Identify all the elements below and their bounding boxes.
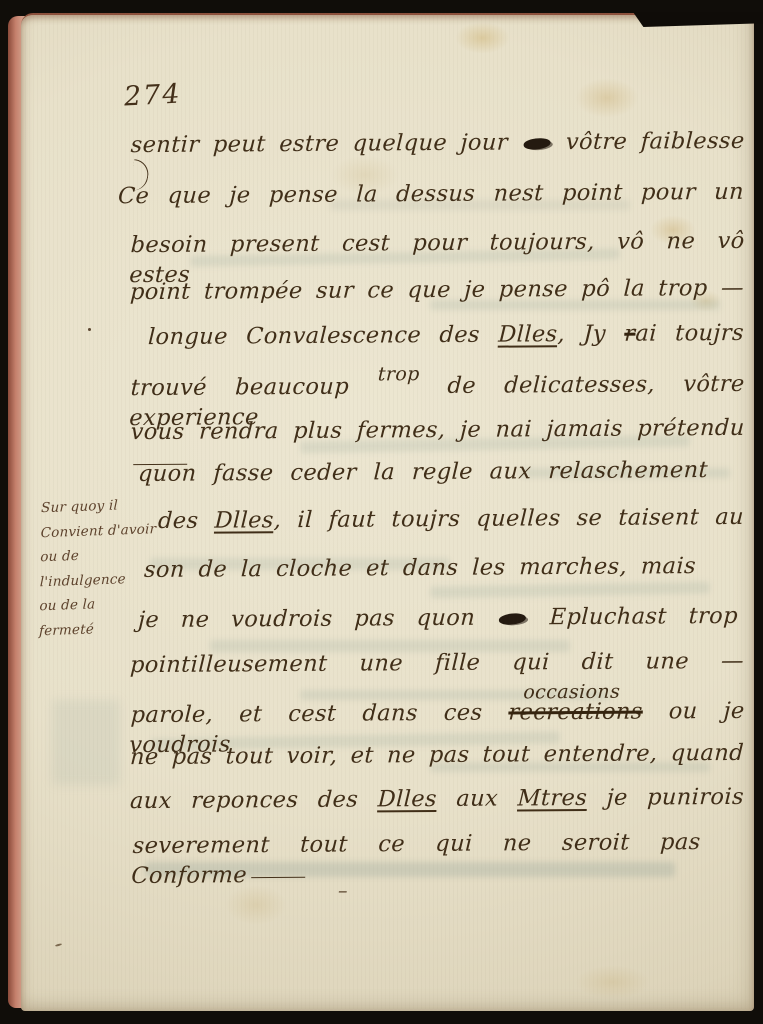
trailing-stroke <box>251 873 305 878</box>
page-number: 274 <box>123 79 182 113</box>
line-text: longue Convalescence des <box>147 322 498 350</box>
manuscript-line: longue Convalescence des Dlles, Jy rai t… <box>147 318 744 352</box>
inserted-word: trop <box>378 369 420 379</box>
line-text: vous rendra plus fermes, je nai jamais p… <box>130 415 745 445</box>
line-text: trouvé beaucoup <box>130 373 378 401</box>
manuscript-line: des Dlles, il faut toujrs quelles se tai… <box>157 502 744 536</box>
line-text: Ce que je pense la dessus nest point pou… <box>117 179 744 209</box>
manuscript-line: pointilleusement une fille qui dit une — <box>129 646 744 680</box>
manuscript-line: Ce que je pense la dessus nest point pou… <box>117 177 744 211</box>
inserted-word: occasions <box>523 677 621 708</box>
underlined-word: Mtres <box>517 785 588 811</box>
line-text: , il faut toujrs quelles se taisent au <box>273 504 744 533</box>
line-text: parole, et cest dans ces <box>130 699 509 728</box>
line-text: aux reponces des <box>129 786 378 814</box>
underlined-word: Dlles <box>377 786 437 812</box>
manuscript-line: je ne voudrois pas quon Epluchast trop <box>137 601 738 635</box>
manuscript-line: point trompée sur ce que je pense pô la … <box>129 273 744 307</box>
line-text: ne pas tout voir, et ne pas tout entendr… <box>129 740 744 770</box>
line-text: quon fasse ceder la regle aux relascheme… <box>137 457 708 487</box>
line-text: son de la cloche et dans les marches, ma… <box>143 553 696 583</box>
ink-blot <box>523 136 551 150</box>
manuscript-line: severement tout ce qui ne seroit pas Con… <box>131 827 702 891</box>
manuscript-line: ne pas tout voir, et ne pas tout entendr… <box>129 738 744 772</box>
line-text: , Jy <box>557 321 625 347</box>
underlined-word: Dlles <box>214 507 274 533</box>
correction-stack: recreationsoccasions <box>508 697 644 728</box>
line-text: aux <box>436 785 518 812</box>
line-text: sentir peut estre quelque jour <box>130 129 508 158</box>
line-text: des <box>157 508 215 534</box>
below-text-dash: – <box>338 880 348 902</box>
ink-speck <box>88 328 91 331</box>
manuscript-line: aux reponces des Dlles aux Mtres je puni… <box>129 782 744 816</box>
margin-note-line: Convient d'avoir <box>40 516 168 545</box>
ink-blot <box>498 611 526 625</box>
underlined-word: Dlles <box>498 321 558 347</box>
line-text: je punirois <box>587 784 745 811</box>
line-text: ai toujrs <box>635 320 745 347</box>
manuscript-line: quon fasse ceder la regle aux relascheme… <box>137 455 708 489</box>
line-text: Epluchast trop <box>549 603 738 630</box>
line-text: pointilleusement une fille qui dit une — <box>129 648 744 678</box>
manuscript-line: son de la cloche et dans les marches, ma… <box>143 551 696 585</box>
line-text: point trompée sur ce que je pense pô la … <box>129 275 744 305</box>
line-text: severement tout ce qui ne seroit pas Con… <box>131 829 702 889</box>
line-text: je ne voudrois pas quon <box>137 605 475 633</box>
line-text: vôtre faiblesse <box>565 128 745 155</box>
